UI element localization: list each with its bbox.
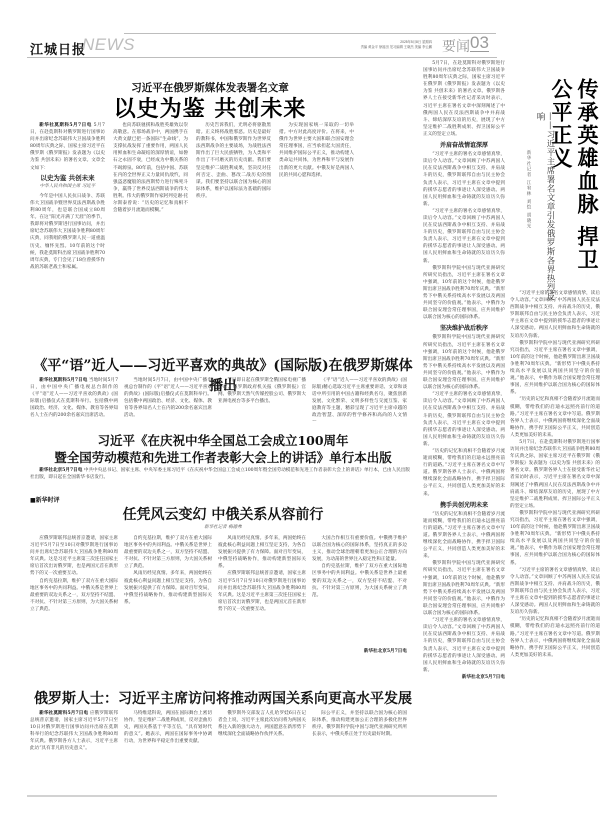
commentary-body-1: 应俄罗斯联邦总统普京邀请，国家主席习近平5月7日至10日对俄罗斯进行国事访问并出…: [30, 535, 118, 578]
side-section-3-body-more: “习近平主席的署名文章感情真挚，读后令人动容。”文章回顾了中苏两国人民在反法西斯…: [423, 617, 505, 674]
commentary-byline: 新华社记者 梅德弗: [28, 524, 418, 530]
editor-credits: 责编 黄金平 徐福田 见习编辑 王晓杰 美编 李云鹏: [361, 45, 432, 50]
lead-column-3: 历史告诉我们，光明必将驱散黑暗。正义终将战胜邪恶。历史是最好的教科书，中国和俄罗…: [196, 122, 271, 334]
masthead-meta: 2025年5月8日 星期四 责编 黄金平 徐福田 见习编辑 王晓杰 美编 李云鹏: [361, 40, 432, 50]
side-lower-3: “历史的记忆和真相不会随着岁月流逝而模糊，带给我们的启迪永远照亮前行的道路。”习…: [510, 396, 600, 439]
lead-body-4: 为实现国家统一采取的一切举措。中方对此高度评价。在将来，中俄作为世界主要大国和联…: [279, 122, 354, 179]
story4-body-3: 俄罗斯外交部发言人扎哈罗娃6日在记者会上说，习近平主席此次访问将为两国关系注入新…: [218, 710, 306, 738]
story3-headline: 习近平《在庆祝中华全国总工会成立100周年 暨全国劳动模范和先进工作者表彰大会上…: [28, 432, 418, 466]
story2-body-3: 节目即日起在俄罗斯全俄国家电视广播公司、俄罗斯政府机关报《俄罗斯报》官网、俄罗斯…: [218, 377, 306, 405]
lead-dateline: 新华社莫斯科5月7日电: [39, 123, 92, 128]
side-section-2-body: 俄罗斯科学院中国与现代亚洲研究所研究员指出，习近平主席在署名文章中强调，10年前…: [423, 334, 505, 391]
commentary-column-1: 应俄罗斯联邦总统普京邀请，国家主席习近平5月7日至10日对俄罗斯进行国事访问并出…: [30, 535, 118, 655]
commentary-body-1b: 自约克基拉斯，维护了双方在重大国际地区事务中的共同利益。中俄关系是世界上最重要的…: [30, 578, 118, 613]
story4-body-4: 际公平正义，并坚持以联合国为核心的国际体系，推动构建更加公正合理的多极化世界秩序…: [312, 710, 407, 738]
story2-column-3: 节目即日起在俄罗斯全俄国家电视广播公司、俄罗斯政府机关报《俄罗斯报》官网、俄罗斯…: [218, 377, 306, 421]
news-label: NEWS: [82, 35, 135, 55]
lead-column-2: 也向苏联驰援和战胜英雄致以崇高敬意。在那场战争中，两国携手在大黄文献已把一条国际…: [113, 122, 188, 334]
side-section-2-title: 坚决维护战后秩序: [423, 325, 505, 332]
side-section-1-body-more: 俄罗斯科学院中国与现代亚洲研究所研究员指出，习近平主席在署名文章中强调，10年前…: [423, 265, 505, 322]
side-byline: 新华社记者 江宥林 刘恺 胡晓光: [525, 150, 531, 250]
commentary-body-3: 风雨历经见真情。多年来，两国始终在彼此核心利益问题上相互坚定支持，为各自发展振兴…: [218, 535, 306, 570]
story4-column-1: 新华社莫斯科5月7日电 应俄罗斯联邦总统普京邀请，国家主席习近平5月7日至10日…: [30, 710, 118, 790]
story4-headline: 俄罗斯人士：习近平主席访问将推动两国关系向更高水平发展: [28, 688, 418, 708]
side-section-3-title: 携手共创光明未来: [423, 502, 505, 509]
masthead-rule-top: [124, 33, 496, 34]
commentary-column-2: 自约克基拉斯，维护了双方在重大国际地区事务中的共同利益。中俄关系是世界上最重要的…: [124, 535, 212, 655]
footer-rule: [27, 795, 497, 797]
commentary-body-3b: 应俄罗斯联邦总统普京邀请，国家主席习近平5月7日至10日对俄罗斯进行国事访问并出…: [218, 570, 306, 613]
lead-headline: 以史为鉴 共创未来: [40, 92, 380, 123]
story4-column-2: 马特维延科说，两国在国际舞台上密切协作，坚定维护二战胜利成果，反对歪曲历史，两国…: [124, 710, 212, 790]
story4-body-1: 应俄罗斯联邦总统普京邀请，国家主席习近平5月7日至10日对俄罗斯进行国事访问并出…: [30, 711, 118, 751]
commentary-column-3: 风雨历经见真情。多年来，两国始终在彼此核心利益问题上相互坚定支持，为各自发展振兴…: [218, 535, 306, 655]
newspaper-logo: 江城日报: [30, 39, 86, 58]
story4-column-3: 俄罗斯外交部发言人扎哈罗娃6日在记者会上说，习近平主席此次访问将为两国关系注入新…: [218, 710, 306, 790]
commentary-body-2b: 风雨历经见真情。多年来，两国始终在彼此核心利益问题上相互坚定支持，为各自发展振兴…: [124, 570, 212, 605]
side-section-3-body-cont: 俄罗斯科学院中国与现代亚洲研究所研究员指出，习近平主席在署名文章中强调，10年前…: [423, 560, 505, 617]
commentary-body-4b: 自约克基拉斯，维护了双方在重大国际地区事务中的共同利益。中俄关系是世界上最重要的…: [312, 563, 407, 598]
side-lower-6: “习近平主席的署名文章感情真挚，读后令人动容。”文章回顾了中苏两国人民在反法西斯…: [510, 567, 600, 617]
side-section-1-title: 并肩奋战情谊深厚: [423, 142, 505, 149]
side-section-1-body-cont: “习近平主席的署名文章感情真挚，读后令人动容。”文章回顾了中苏两国人民在反法西斯…: [423, 208, 505, 265]
side-section-1-body: “习近平主席的署名文章感情真挚，读后令人动容。”文章回顾了中苏两国人民在反法西斯…: [423, 151, 505, 208]
lead-body-3: 历史告诉我们，光明必将驱散黑暗。正义终将战胜邪恶。历史是最好的教科书，中国和俄罗…: [196, 122, 271, 200]
lead-body-2: 也向苏联驰援和战胜英雄致以崇高敬意。在那场战争中，两国携手在大黄文献已把一条国际…: [113, 122, 188, 214]
commentary-column-4: 大国合作相互有重要价值。中俄携手维护以联合国为核心的国际体系，坚持真正的多边主义…: [312, 535, 407, 647]
page-number: 03: [470, 34, 489, 52]
article-byline: 中华人民共和国主席 习近平: [30, 183, 105, 190]
story3-body: 新华社北京5月7日电 中共中央总书记、国家主席、中央军委主席习近平《在庆祝中华全…: [30, 467, 410, 483]
commentary-tag: ■新华时评: [30, 495, 60, 504]
story2-body-1: 当地时间5月7日，由中国中央广播电视总台制作的《平“语”近人——习近平喜欢的典故…: [30, 378, 118, 418]
side-headline: 传承英雄血脉 捍卫公平正义: [548, 78, 600, 278]
lead-column-1: 新华社莫斯科5月7日电 5月7日，在赴莫斯科对俄罗斯进行国事访问并出席纪念苏联伟…: [30, 122, 105, 334]
story4-column-4: 际公平正义，并坚持以联合国为核心的国际体系，推动构建更加公正合理的多极化世界秩序…: [312, 710, 407, 790]
story3-dateline: 新华社北京5月7日电: [39, 468, 82, 473]
story2-column-4: 《平“语”近人——习近平喜欢的典故》(国际版)精心选取习近平主席重要讲话、文章和…: [312, 377, 407, 421]
story4-dateline: 新华社莫斯科5月7日电: [39, 711, 88, 716]
story3-text: 中共中央总书记、国家主席、中央军委主席习近平《在庆祝中华全国总工会成立100周年…: [30, 468, 410, 480]
commentary-body-2: 自约克基拉斯，维护了双方在重大国际地区事务中的共同利益。中俄关系是世界上最重要的…: [124, 535, 212, 570]
side-subheadline: ——习近平主席署名文章引发俄罗斯各界热烈反响: [535, 112, 555, 302]
side-lower-5: 俄罗斯科学院中国与现代亚洲研究所研究员指出，习近平主席在署名文章中强调，10年前…: [510, 510, 600, 567]
masthead-rule-bottom: [27, 57, 497, 58]
side-lower-4: 5月7日，在赴莫斯科对俄罗斯进行国事访问并出席纪念苏联伟大卫国战争胜利80周年庆…: [510, 439, 600, 510]
side-signoff: 新华社北京5月7日电: [423, 674, 505, 681]
side-section-3-body: “历史的记忆和真相不会随着岁月流逝而模糊，带给我们的启迪永远照亮前行的道路。”习…: [423, 511, 505, 561]
side-lower-1: “习近平主席的署名文章感情真挚，读后令人动容。”文章回顾了中苏两国人民在反法西斯…: [510, 290, 600, 340]
side-story-lower: “习近平主席的署名文章感情真挚，读后令人动容。”文章回顾了中苏两国人民在反法西斯…: [510, 290, 600, 790]
lead-intro: 5月7日，在赴莫斯科对俄罗斯进行国事访问并出席纪念苏联伟大卫国战争胜利80周年庆…: [30, 123, 105, 171]
story2-body-2: 当地时间5月7日，由中国中央广播电视总台制作的《平“语”近人——习近平喜欢的典故…: [124, 377, 212, 420]
commentary-body-4: 大国合作相互有重要价值。中俄携手维护以联合国为核心的国际体系，坚持真正的多边主义…: [312, 535, 407, 563]
side-intro: 5月7日，在赴莫斯科对俄罗斯进行国事访问并出席纪念苏联伟大卫国战争胜利80周年庆…: [423, 60, 505, 138]
side-section-2-body-more: “历史的记忆和真相不会随着岁月流逝而模糊，带给我们的启迪永远照亮前行的道路。”习…: [423, 448, 505, 498]
commentary-headline: 任凭风云变幻 中俄关系从容前行: [28, 504, 418, 524]
lead-body-1: 今年是中国人民抗日战争、苏联伟大卫国战争暨世界反法西斯战争胜利80周年，也是联合…: [30, 193, 105, 271]
side-section-2-body-cont: “习近平主席的署名文章感情真挚，读后令人动容。”文章回顾了中苏两国人民在反法西斯…: [423, 391, 505, 448]
side-lower-2: 俄罗斯科学院中国与现代亚洲研究所研究员指出，习近平主席在署名文章中强调，10年前…: [510, 340, 600, 397]
story2-body-4: 《平“语”近人——习近平喜欢的典故》(国际版)精心选取习近平主席重要讲话、文章和…: [312, 377, 407, 421]
side-story-body: 5月7日，在赴莫斯科对俄罗斯进行国事访问并出席纪念苏联伟大卫国战争胜利80周年庆…: [423, 60, 505, 805]
lead-column-4: 为实现国家统一采取的一切举措。中方对此高度评价。在将来，中俄作为世界主要大国和联…: [279, 122, 354, 334]
section-name: 要闻: [442, 36, 470, 56]
story4-body-2: 马特维延科说，两国在国际舞台上密切协作，坚定维护二战胜利成果，反对歪曲历史，两国…: [124, 710, 212, 745]
story3-headline-line2: 暨全国劳动模范和先进工作者表彰大会上的讲话》单行本出版: [28, 449, 418, 466]
story2-column-2: 当地时间5月7日，由中国中央广播电视总台制作的《平“语”近人——习近平喜欢的典故…: [124, 377, 212, 421]
story2-column-1: 新华社莫斯科5月7日电 当地时间5月7日，由中国中央广播电视总台制作的《平“语”…: [30, 377, 118, 421]
article-title: 以史为鉴 共创未来: [30, 175, 105, 182]
story2-dateline: 新华社莫斯科5月7日电: [39, 378, 87, 383]
side-lower-7: “历史的记忆和真相不会随着岁月流逝而模糊，带给我们的启迪永远照亮前行的道路。”习…: [510, 616, 600, 659]
story3-headline-line1: 习近平《在庆祝中华全国总工会成立100周年: [28, 432, 418, 449]
commentary-signoff: 新华社北京5月7日电: [312, 648, 407, 655]
